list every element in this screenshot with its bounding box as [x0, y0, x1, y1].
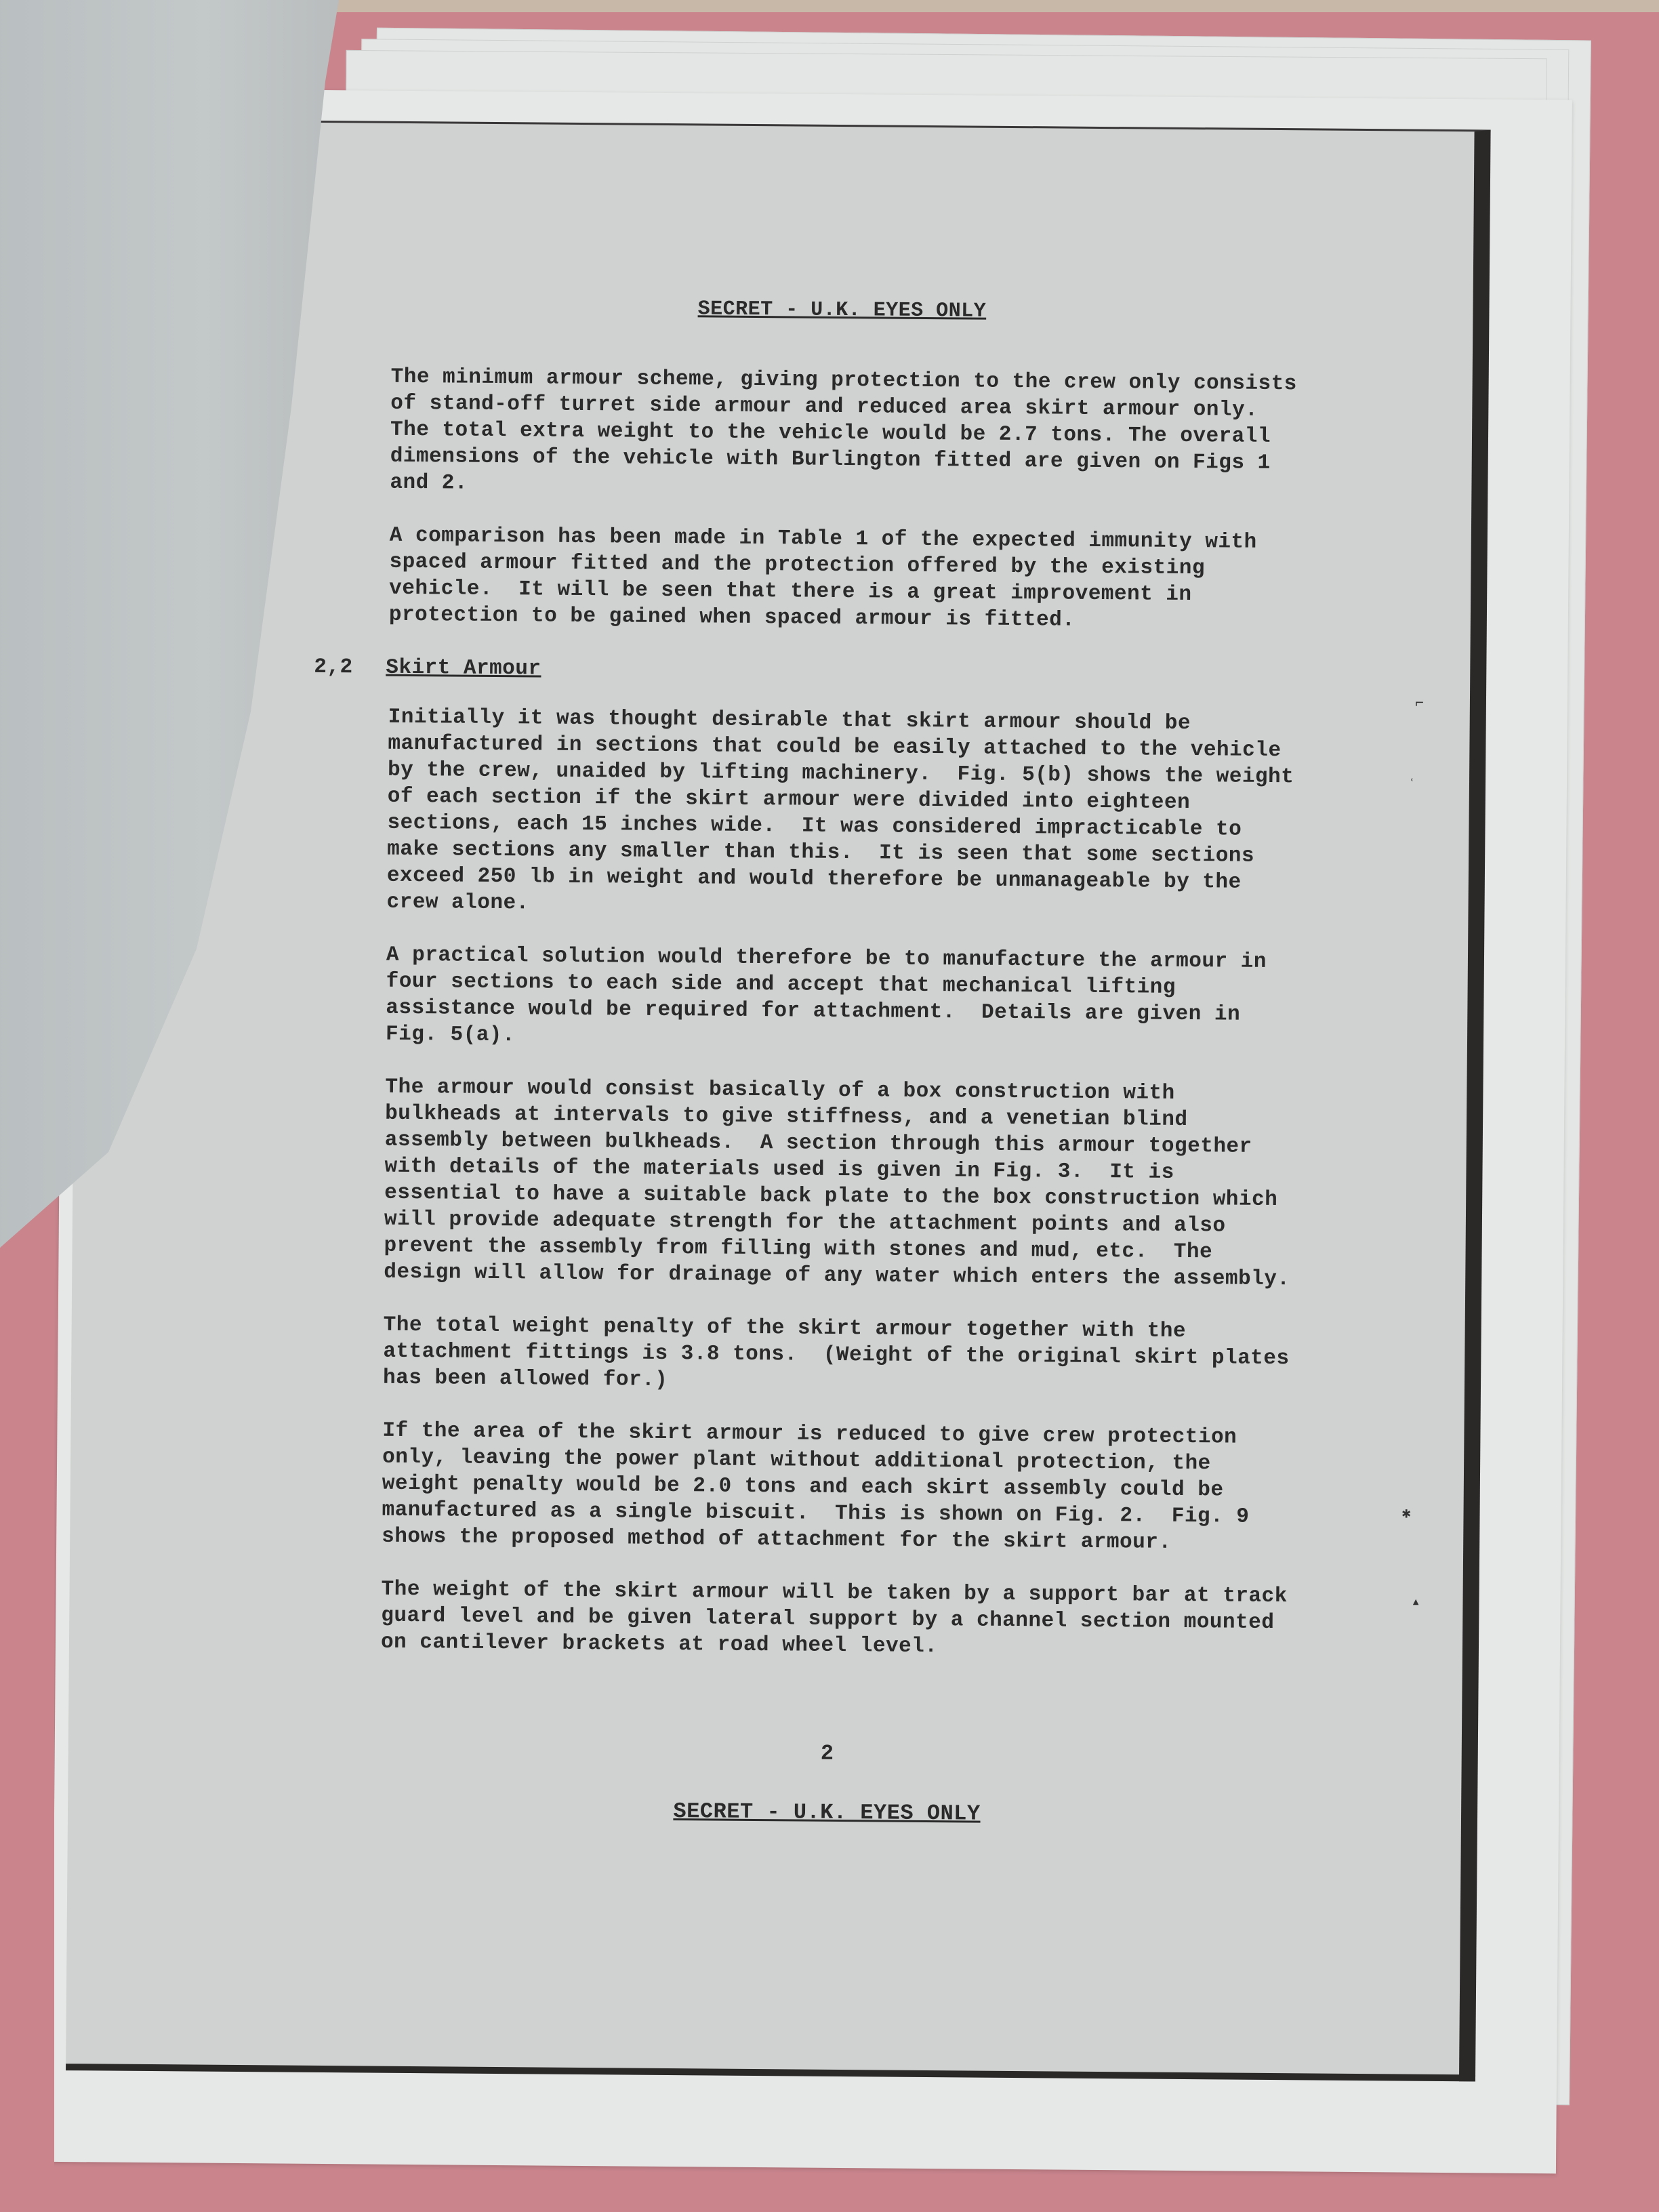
paragraph-construction: The armour would consist basically of a …: [384, 1074, 1293, 1293]
paragraph-minimum-scheme: The minimum armour scheme, giving protec…: [390, 364, 1298, 504]
stray-mark: ✱: [1401, 1505, 1410, 1523]
document-body: SECRET - U.K. EYES ONLY The minimum armo…: [298, 293, 1368, 1830]
paragraph-practical-solution: A practical solution would therefore be …: [386, 942, 1294, 1055]
section-title: Skirt Armour: [386, 655, 541, 682]
folder-edge: [0, 1254, 54, 2212]
section-number: 2,2: [314, 654, 361, 681]
paragraph-comparison: A comparison has been made in Table 1 of…: [389, 523, 1298, 636]
paragraph-weight-penalty: The total weight penalty of the skirt ar…: [383, 1312, 1292, 1399]
page-number: 2: [299, 1736, 1356, 1771]
stray-mark: ˓: [1408, 770, 1416, 787]
paragraph-reduced-area: If the area of the skirt armour is reduc…: [382, 1418, 1290, 1557]
section-heading: 2,2 Skirt Armour: [314, 654, 1364, 689]
paragraph-support: The weight of the skirt armour will be t…: [381, 1576, 1290, 1663]
stray-mark: ⌐: [1415, 695, 1424, 712]
paragraph-initial-design: Initially it was thought desirable that …: [386, 704, 1296, 923]
stray-mark: ▴: [1411, 1593, 1420, 1611]
